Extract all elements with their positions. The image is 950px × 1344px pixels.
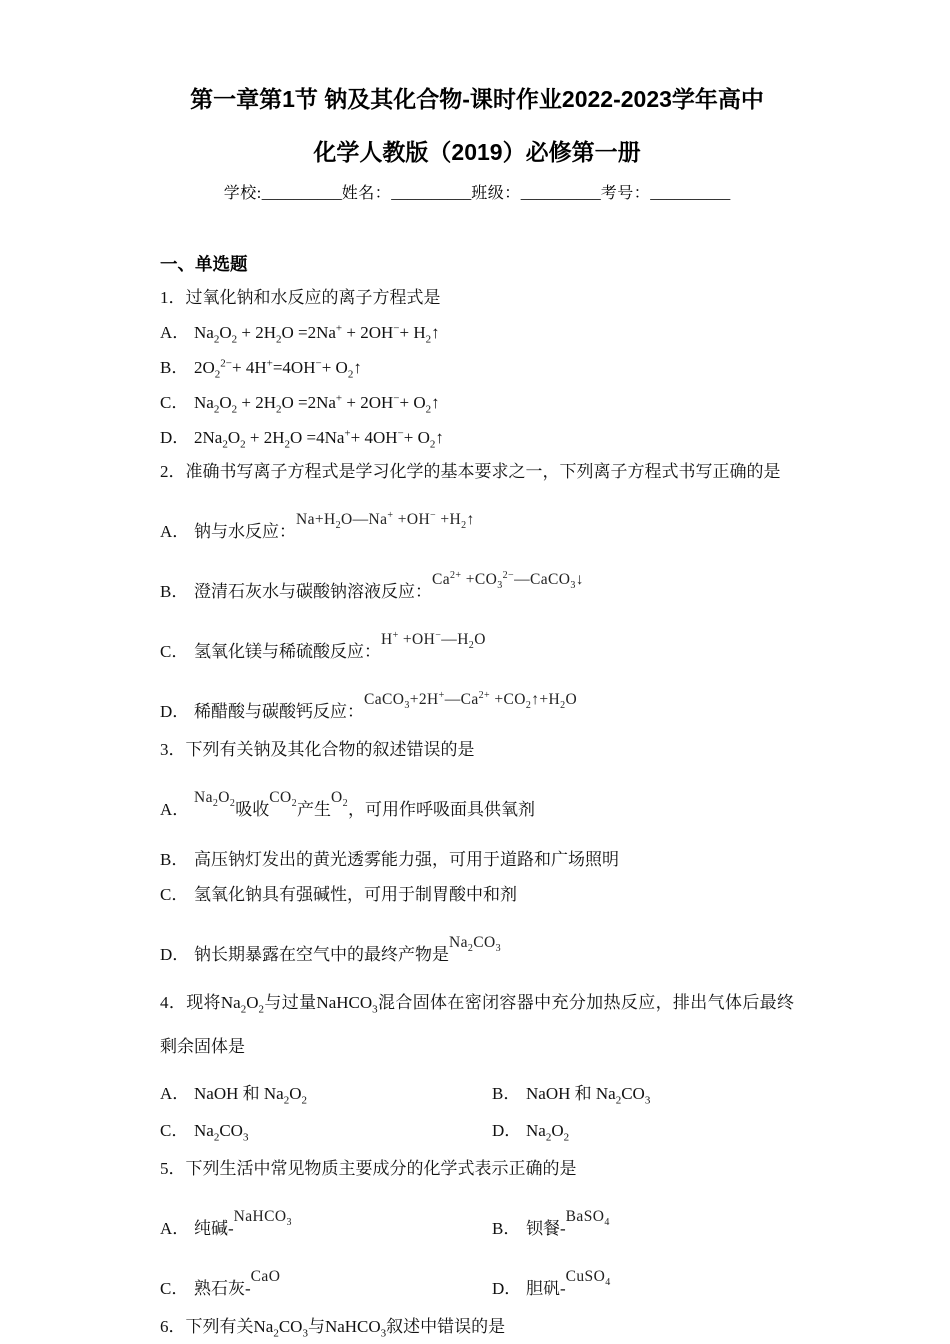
chemical-equation: Na2O2 + 2H2O =2Na+ + 2OH−+ O2↑	[194, 393, 440, 412]
chemical-formula: CO2	[269, 788, 297, 808]
chemical-formula: NaOH 和 Na2O2	[194, 1084, 307, 1103]
examno-label: 考号：	[601, 185, 651, 202]
option-label: B．	[492, 1217, 526, 1241]
option-row-2d: D．稀醋酸与碳酸钙反应：CaCO3+2H+—Ca2+ +CO2↑+H2O	[160, 690, 794, 724]
option-text: 高压钠灯发出的黄光透雾能力强，可用于道路和广场照明	[194, 850, 619, 869]
question-4-stem: 4．现将Na2O2与过量NaHCO3混合固体在密闭容器中充分加热反应，排出气体后…	[160, 981, 794, 1069]
question-number: 1．	[160, 288, 186, 307]
option-text: 胆矾-	[526, 1279, 566, 1298]
option-label: A．	[160, 321, 194, 345]
worksheet-page: 第一章第1节 钠及其化合物-课时作业2022-2023学年高中 化学人教版（20…	[0, 0, 950, 1344]
chemical-equation: 2O22−+ 4H+=4OH−+ O2↑	[194, 358, 362, 377]
option-text: 稀醋酸与碳酸钙反应：	[194, 702, 364, 721]
chemical-formula: Na2CO3	[449, 933, 501, 953]
chemical-formula: CaO	[251, 1267, 281, 1287]
chemical-equation: Ca2+ +CO32−—CaCO3↓	[432, 570, 584, 590]
question-stem-text: 下列有关Na2CO3与NaHCO3叙述中错误的是	[186, 1317, 506, 1336]
school-blank: __________	[262, 185, 342, 202]
name-blank: __________	[391, 185, 471, 202]
chemical-equation: Na2O2 + 2H2O =2Na+ + 2OH−+ H2↑	[194, 323, 440, 342]
option-cell-5c: C．熟石灰-CaO	[160, 1267, 492, 1301]
examno-blank: __________	[650, 185, 730, 202]
student-info-line: 学校:__________姓名：__________班级：__________考…	[160, 182, 794, 206]
question-1-stem: 1．过氧化钠和水反应的离子方程式是	[160, 286, 794, 310]
option-label: D．	[492, 1277, 526, 1301]
option-text: 氢氧化镁与稀硫酸反应：	[194, 642, 381, 661]
option-label: C．	[160, 1119, 194, 1143]
option-label: C．	[160, 1277, 194, 1301]
question-stem-text: 下列生活中常见物质主要成分的化学式表示正确的是	[186, 1159, 577, 1178]
question-3: 3．下列有关钠及其化合物的叙述错误的是 A．Na2O2吸收CO2产生O2，可用作…	[160, 738, 794, 967]
option-row-2b: B．澄清石灰水与碳酸钠溶液反应：Ca2+ +CO32−—CaCO3↓	[160, 570, 794, 604]
question-number: 6．	[160, 1317, 186, 1336]
option-label: A．	[160, 520, 194, 544]
option-row-3d: D．钠长期暴露在空气中的最终产物是Na2CO3	[160, 933, 794, 967]
chemical-equation: Na+H2O—Na+ +OH− +H2↑	[296, 510, 475, 530]
option-cell-5a: A．纯碱-NaHCO3	[160, 1207, 492, 1241]
page-title: 第一章第1节 钠及其化合物-课时作业2022-2023学年高中 化学人教版（20…	[160, 84, 794, 167]
class-label: 班级：	[471, 185, 521, 202]
question-stem-text: 下列有关钠及其化合物的叙述错误的是	[186, 740, 475, 759]
option-label: D．	[160, 426, 194, 450]
question-1: 1．过氧化钠和水反应的离子方程式是 A．Na2O2 + 2H2O =2Na+ +…	[160, 286, 794, 450]
class-blank: __________	[521, 185, 601, 202]
option-row-1c: C．Na2O2 + 2H2O =2Na+ + 2OH−+ O2↑	[160, 391, 794, 415]
option-text: 钠与水反应：	[194, 522, 296, 541]
option-text: 氢氧化钠具有强碱性，可用于制胃酸中和剂	[194, 885, 517, 904]
chemical-equation: H+ +OH−—H2O	[381, 630, 486, 650]
question-3-stem: 3．下列有关钠及其化合物的叙述错误的是	[160, 738, 794, 762]
title-line-1: 第一章第1节 钠及其化合物-课时作业2022-2023学年高中	[160, 84, 794, 114]
option-label: D．	[160, 943, 194, 967]
option-label: A．	[160, 1217, 194, 1241]
option-cell-4d: D．Na2O2	[492, 1119, 794, 1143]
option-text: 纯碱-	[194, 1219, 234, 1238]
school-label: 学校:	[224, 185, 262, 202]
question-6: 6．下列有关Na2CO3与NaHCO3叙述中错误的是	[160, 1315, 794, 1339]
option-label: C．	[160, 391, 194, 415]
option-label: A．	[160, 798, 194, 822]
chemical-formula: Na2CO3	[194, 1121, 248, 1140]
option-label: A．	[160, 1082, 194, 1106]
option-label: B．	[160, 848, 194, 872]
question-number: 2．	[160, 462, 186, 481]
question-6-stem: 6．下列有关Na2CO3与NaHCO3叙述中错误的是	[160, 1315, 794, 1339]
option-label: D．	[160, 700, 194, 724]
question-5-options: A．纯碱-NaHCO3 B．钡餐-BaSO4 C．熟石灰-CaO D．胆矾-Cu…	[160, 1181, 794, 1301]
option-row-3b: B．高压钠灯发出的黄光透雾能力强，可用于道路和广场照明	[160, 848, 794, 872]
chemical-formula: Na2O2	[526, 1121, 569, 1140]
question-2: 2．准确书写离子方程式是学习化学的基本要求之一，下列离子方程式书写正确的是 A．…	[160, 460, 794, 724]
chemical-formula: Na2O2	[194, 788, 235, 808]
option-label: D．	[492, 1119, 526, 1143]
question-4: 4．现将Na2O2与过量NaHCO3混合固体在密闭容器中充分加热反应，排出气体后…	[160, 981, 794, 1143]
option-cell-4a: A．NaOH 和 Na2O2	[160, 1082, 492, 1106]
option-row-1a: A．Na2O2 + 2H2O =2Na+ + 2OH−+ H2↑	[160, 321, 794, 345]
question-number: 3．	[160, 740, 186, 759]
option-row-3c: C．氢氧化钠具有强碱性，可用于制胃酸中和剂	[160, 883, 794, 907]
chemical-formula: O2	[331, 788, 348, 808]
question-number: 4．	[160, 993, 186, 1012]
question-2-stem: 2．准确书写离子方程式是学习化学的基本要求之一，下列离子方程式书写正确的是	[160, 460, 794, 484]
option-text: 钠长期暴露在空气中的最终产物是	[194, 945, 449, 964]
option-row-1d: D．2Na2O2 + 2H2O =4Na++ 4OH−+ O2↑	[160, 426, 794, 450]
question-5-stem: 5．下列生活中常见物质主要成分的化学式表示正确的是	[160, 1157, 794, 1181]
question-stem-text: 过氧化钠和水反应的离子方程式是	[186, 288, 441, 307]
option-label: B．	[160, 356, 194, 380]
option-text: 熟石灰-	[194, 1279, 251, 1298]
chemical-formula: NaHCO3	[234, 1207, 292, 1227]
option-text: 澄清石灰水与碳酸钠溶液反应：	[194, 582, 432, 601]
title-line-2: 化学人教版（2019）必修第一册	[160, 137, 794, 167]
question-stem-text: 准确书写离子方程式是学习化学的基本要求之一，下列离子方程式书写正确的是	[186, 462, 781, 481]
option-row-1b: B．2O22−+ 4H+=4OH−+ O2↑	[160, 356, 794, 380]
option-row-3a: A．Na2O2吸收CO2产生O2，可用作呼吸面具供氧剂	[160, 788, 794, 822]
option-label: C．	[160, 640, 194, 664]
chemical-formula: CuSO4	[566, 1267, 611, 1287]
option-label: B．	[492, 1082, 526, 1106]
option-cell-4c: C．Na2CO3	[160, 1119, 492, 1143]
chemical-formula: NaOH 和 Na2CO3	[526, 1084, 650, 1103]
option-label: B．	[160, 580, 194, 604]
option-cell-5d: D．胆矾-CuSO4	[492, 1267, 794, 1301]
option-row-2a: A．钠与水反应：Na+H2O—Na+ +OH− +H2↑	[160, 510, 794, 544]
option-text: 钡餐-	[526, 1219, 566, 1238]
question-5: 5．下列生活中常见物质主要成分的化学式表示正确的是 A．纯碱-NaHCO3 B．…	[160, 1157, 794, 1301]
option-cell-4b: B．NaOH 和 Na2CO3	[492, 1082, 794, 1106]
option-text: 产生	[297, 800, 331, 819]
option-label: C．	[160, 883, 194, 907]
chemical-formula: BaSO4	[566, 1207, 610, 1227]
chemical-equation: 2Na2O2 + 2H2O =4Na++ 4OH−+ O2↑	[194, 428, 444, 447]
chemical-equation: CaCO3+2H+—Ca2+ +CO2↑+H2O	[364, 690, 577, 710]
name-label: 姓名：	[342, 185, 392, 202]
section-heading: 一、单选题	[160, 252, 794, 276]
option-cell-5b: B．钡餐-BaSO4	[492, 1207, 794, 1241]
question-4-options: A．NaOH 和 Na2O2 B．NaOH 和 Na2CO3 C．Na2CO3 …	[160, 1069, 794, 1143]
question-stem-text: 现将Na2O2与过量NaHCO3混合固体在密闭容器中充分加热反应，排出气体后最终…	[160, 993, 794, 1056]
option-text: ，可用作呼吸面具供氧剂	[348, 800, 535, 819]
question-number: 5．	[160, 1159, 186, 1178]
option-text: 吸收	[235, 800, 269, 819]
option-row-2c: C．氢氧化镁与稀硫酸反应：H+ +OH−—H2O	[160, 630, 794, 664]
